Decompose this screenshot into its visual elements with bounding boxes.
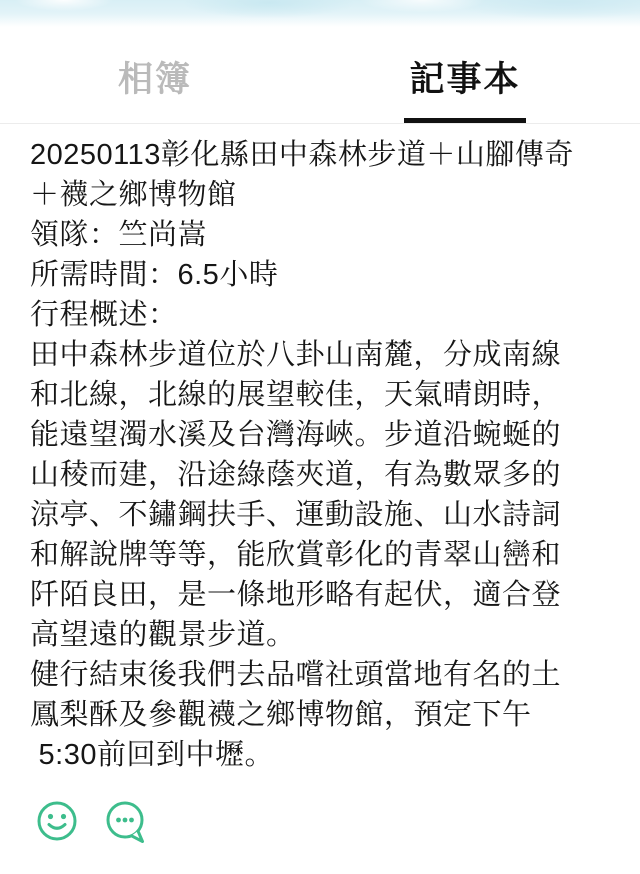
note-line: 和北線，北線的展望較佳，天氣晴朗時， [30, 375, 618, 415]
watercolor-header-decoration [0, 0, 640, 34]
note-line: 阡陌良田，是一條地形略有起伏，適合登 [30, 575, 618, 615]
note-line: 能遠望濁水溪及台灣海峽。步道沿蜿蜒的 [30, 415, 618, 455]
note-line: 涼亭、不鏽鋼扶手、運動設施、山水詩詞 [30, 495, 618, 535]
app-screen: 相簿 記事本 20250113彰化縣田中森林步道＋山腳傳奇 ＋襪之鄉博物館 領隊… [0, 0, 640, 874]
tab-album-label: 相簿 [118, 52, 192, 102]
smiley-icon [36, 800, 78, 842]
note-line: 健行結束後我們去品嚐社頭當地有名的土 [30, 655, 618, 695]
note-line: 行程概述： [30, 295, 618, 335]
tab-bar: 相簿 記事本 [0, 30, 640, 124]
smiley-button[interactable] [36, 800, 78, 842]
note-line: 高望遠的觀景步道。 [30, 615, 618, 655]
tab-notebook[interactable]: 記事本 [310, 30, 620, 123]
comment-icon [103, 800, 149, 846]
note-line: 所需時間：6.5小時 [30, 255, 618, 295]
note-line: 田中森林步道位於八卦山南麓，分成南線 [30, 335, 618, 375]
note-line: 20250113彰化縣田中森林步道＋山腳傳奇 [30, 135, 618, 175]
comment-button[interactable] [103, 800, 149, 846]
note-line: 5:30前回到中壢。 [30, 735, 618, 775]
active-tab-indicator [404, 118, 526, 123]
tab-notebook-label: 記事本 [409, 52, 520, 102]
tab-album[interactable]: 相簿 [0, 30, 310, 123]
footer-toolbar [0, 795, 640, 874]
note-content[interactable]: 20250113彰化縣田中森林步道＋山腳傳奇 ＋襪之鄉博物館 領隊：竺尚嵩 所需… [0, 124, 640, 798]
note-line: 山稜而建，沿途綠蔭夾道，有為數眾多的 [30, 455, 618, 495]
note-line: 鳳梨酥及參觀襪之鄉博物館，預定下午 [30, 695, 618, 735]
note-line: ＋襪之鄉博物館 [30, 175, 618, 215]
note-line: 和解說牌等等，能欣賞彰化的青翠山巒和 [30, 535, 618, 575]
note-line: 領隊：竺尚嵩 [30, 215, 618, 255]
